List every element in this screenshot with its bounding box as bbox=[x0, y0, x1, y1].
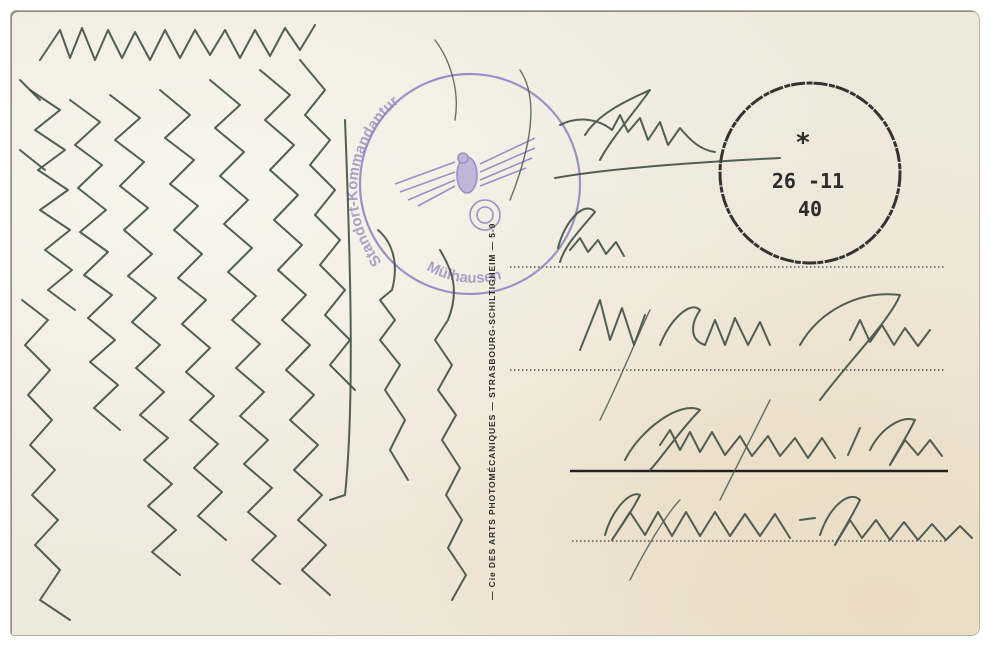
postmark: * 26 -11 40 bbox=[720, 83, 900, 263]
stamp-text-top: Standort-Kommandantur bbox=[344, 93, 402, 270]
address-lines bbox=[510, 267, 948, 541]
handwriting-message bbox=[20, 25, 531, 620]
postmark-date: 26 -11 bbox=[772, 169, 844, 193]
handwriting-address bbox=[555, 90, 972, 580]
printer-imprint: — Cie DES ARTS PHOTOMÉCANIQUES — STRASBO… bbox=[487, 223, 497, 600]
postmark-year: 40 bbox=[798, 197, 822, 221]
svg-text:Standort-Kommandantur: Standort-Kommandantur bbox=[344, 93, 402, 270]
censor-stamp: Standort-Kommandantur Mülhausen bbox=[344, 74, 580, 294]
postmark-star: * bbox=[795, 128, 811, 158]
eagle-icon bbox=[395, 138, 535, 230]
